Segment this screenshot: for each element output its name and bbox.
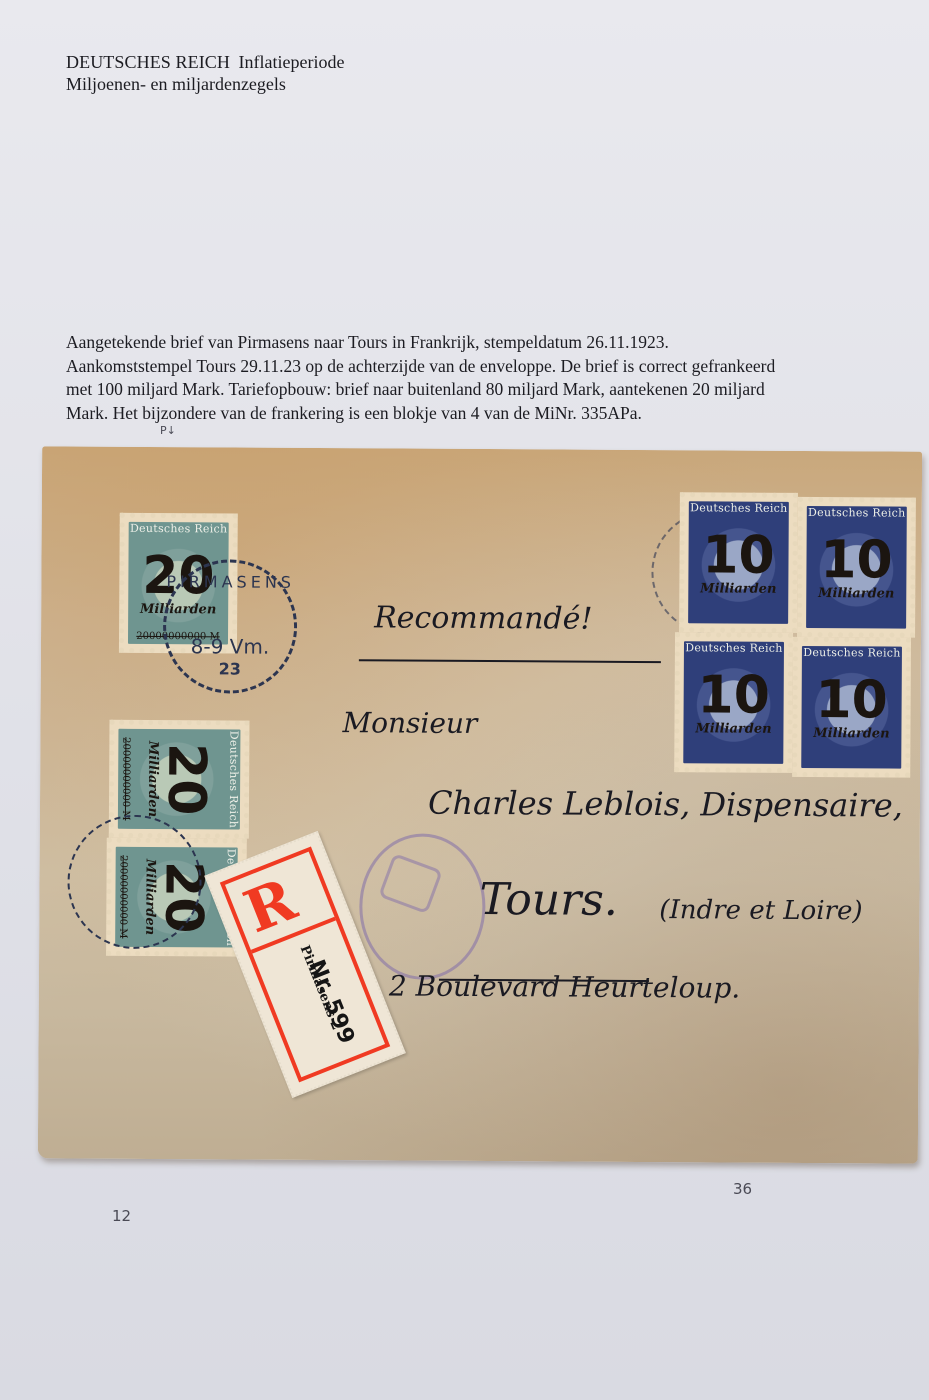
- description: Aangetekende brief van Pirmasens naar To…: [66, 331, 906, 425]
- underline-recommande: [359, 659, 661, 663]
- page-header: DEUTSCHES REICH Inflatieperiode Miljoene…: [66, 51, 344, 95]
- stamp-value: 10: [802, 534, 910, 587]
- handwritten-salutation: Monsieur: [342, 706, 477, 740]
- pencil-note-bottom-right: 36: [733, 1180, 752, 1198]
- stamp-value: 10: [797, 674, 905, 727]
- handwritten-street: 2 Boulevard Heurteloup.: [389, 969, 741, 1004]
- handwritten-recipient-name: Charles Leblois, Dispensaire,: [428, 784, 903, 825]
- registration-number: Nr. 599: [303, 956, 359, 1047]
- handwritten-department: (Indre et Loire): [659, 895, 862, 926]
- stamp-blue-10-milliarden: Deutsches Reich 10 Milliarden: [792, 637, 911, 778]
- stamp-overprint: Milliarden: [808, 586, 904, 602]
- stamp-blue-10-milliarden: Deutsches Reich 10 Milliarden: [674, 632, 793, 773]
- stamp-overprint: Milliarden: [685, 721, 781, 737]
- description-line: Aangetekende brief van Pirmasens naar To…: [66, 331, 906, 355]
- stamp-value: 20: [160, 725, 213, 833]
- stamp-overprint: Milliarden: [803, 726, 899, 742]
- page-subtitle: Miljoenen- en miljardenzegels: [66, 73, 344, 95]
- stamp-country: Deutsches Reich: [125, 522, 233, 536]
- handwritten-city: Tours.: [479, 874, 618, 926]
- stamp-country: Deutsches Reich: [680, 641, 788, 655]
- stamp-overprint: Milliarden: [145, 731, 161, 827]
- envelope: Deutsches Reich 20 Milliarden 2000000000…: [38, 446, 922, 1163]
- stamp-blue-10-milliarden: Deutsches Reich 10 Milliarden: [679, 492, 798, 633]
- stamp-overprint: Milliarden: [690, 581, 786, 597]
- description-line: Mark. Het bijzondere van de frankering i…: [66, 402, 906, 426]
- pencil-note-top: P↓: [160, 424, 176, 437]
- stamp-value: 10: [680, 669, 788, 722]
- stamp-value: 10: [684, 529, 792, 582]
- registration-r-letter: R: [235, 865, 305, 946]
- postmark-pirmasens: PIRMASENS 8-9 Vm. 23: [163, 559, 298, 694]
- stamp-original-value: 20000000000 M: [120, 729, 132, 829]
- title-main: DEUTSCHES REICH: [66, 52, 230, 72]
- page-title: DEUTSCHES REICH Inflatieperiode: [66, 51, 344, 73]
- stamp-blue-10-milliarden: Deutsches Reich 10 Milliarden: [797, 497, 916, 638]
- stamp-country: Deutsches Reich: [685, 501, 793, 515]
- postmark-time: 8-9 Vm.: [166, 634, 294, 659]
- stamp-country: Deutsches Reich: [227, 725, 241, 833]
- description-line: Aankomststempel Tours 29.11.23 op de ach…: [66, 355, 906, 379]
- hexagon-mark-icon: [378, 853, 443, 914]
- postmark-town: PIRMASENS: [166, 572, 294, 592]
- violet-seal-stamp: [359, 833, 486, 980]
- handwritten-recommande: Recommandé!: [374, 600, 593, 636]
- postmark-pirmasens: [67, 814, 202, 949]
- pencil-note-bottom-left: 12: [112, 1207, 131, 1225]
- stamp-country: Deutsches Reich: [798, 646, 906, 660]
- stamp-country: Deutsches Reich: [803, 506, 911, 520]
- postmark-year: 23: [166, 659, 294, 679]
- title-sub: Inflatieperiode: [239, 52, 345, 72]
- description-line: met 100 miljard Mark. Tariefopbouw: brie…: [66, 378, 906, 402]
